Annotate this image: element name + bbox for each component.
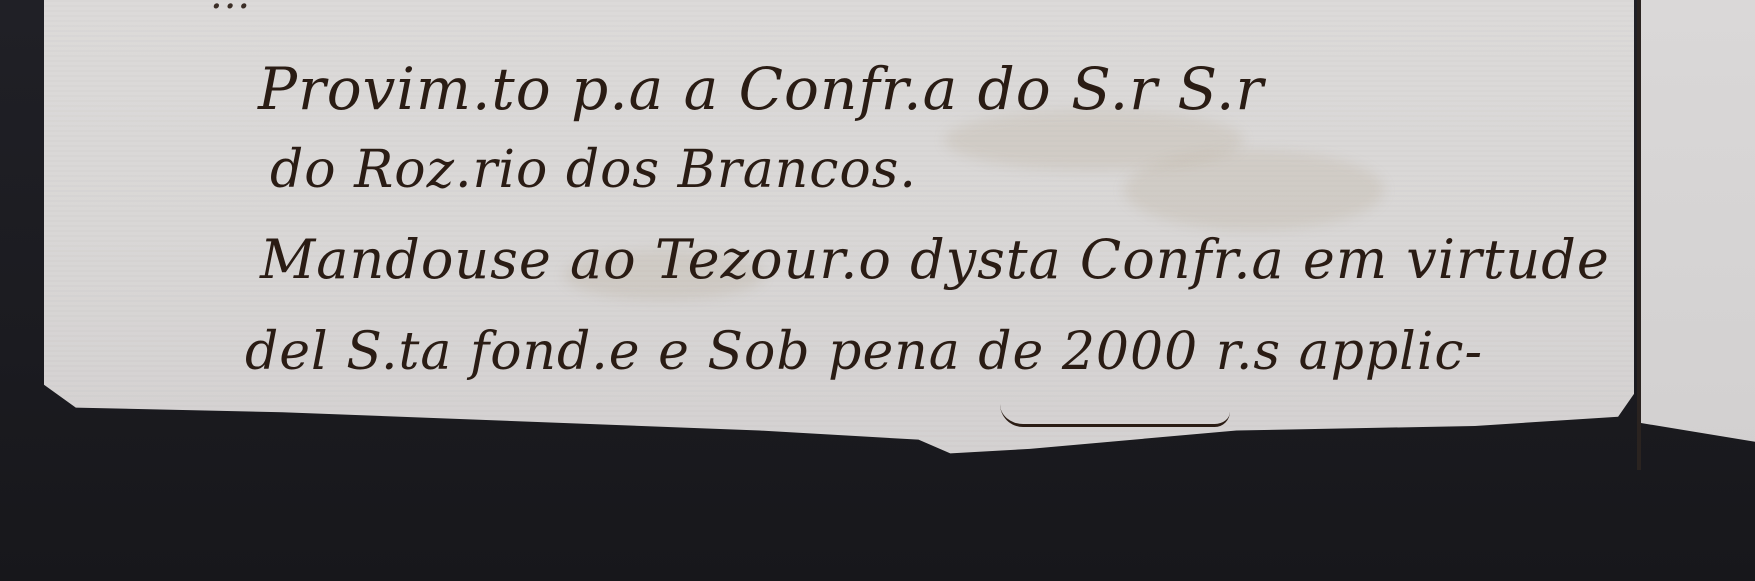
- paper-stain: [1124, 150, 1384, 230]
- handwritten-line-3: Mandouse ao Tezour.o dysta Confr.a em vi…: [260, 228, 1610, 291]
- adjacent-page: [1641, 0, 1755, 470]
- amount-underline: [1000, 404, 1230, 427]
- handwritten-line-2: do Roz.rio dos Brancos.: [270, 140, 917, 200]
- handwritten-line-4: del S.ta fond.e e Sob pena de 2000 r.s a…: [245, 322, 1483, 382]
- handwritten-line-0: ...: [210, 0, 251, 18]
- page-fold: [1637, 0, 1641, 470]
- handwritten-line-1: Provim.to p.a a Confr.a do S.r S.r: [258, 55, 1264, 123]
